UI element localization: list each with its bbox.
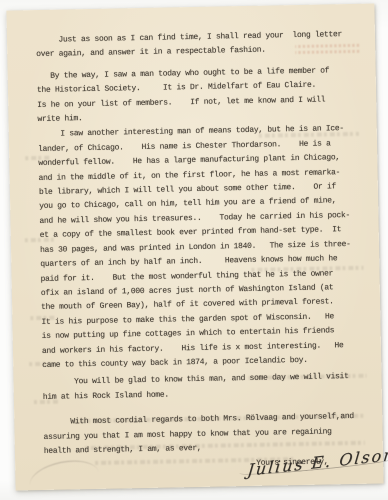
paragraph: By the way, I saw a man today who ought … <box>37 64 359 128</box>
letter-body: Just as soon as I can find time, I shall… <box>6 4 383 477</box>
paragraph: With most cordial regards to both Mrs. R… <box>43 410 365 459</box>
scan-background: Just as soon as I can find time, I shall… <box>0 0 388 500</box>
letter-page: Just as soon as I can find time, I shall… <box>6 4 383 491</box>
paragraph: Just as soon as I can find time, I shall… <box>36 28 357 63</box>
paragraph: I saw another interesting man of means t… <box>38 122 364 373</box>
paragraph: You will be glad to know this man, and s… <box>42 370 363 405</box>
